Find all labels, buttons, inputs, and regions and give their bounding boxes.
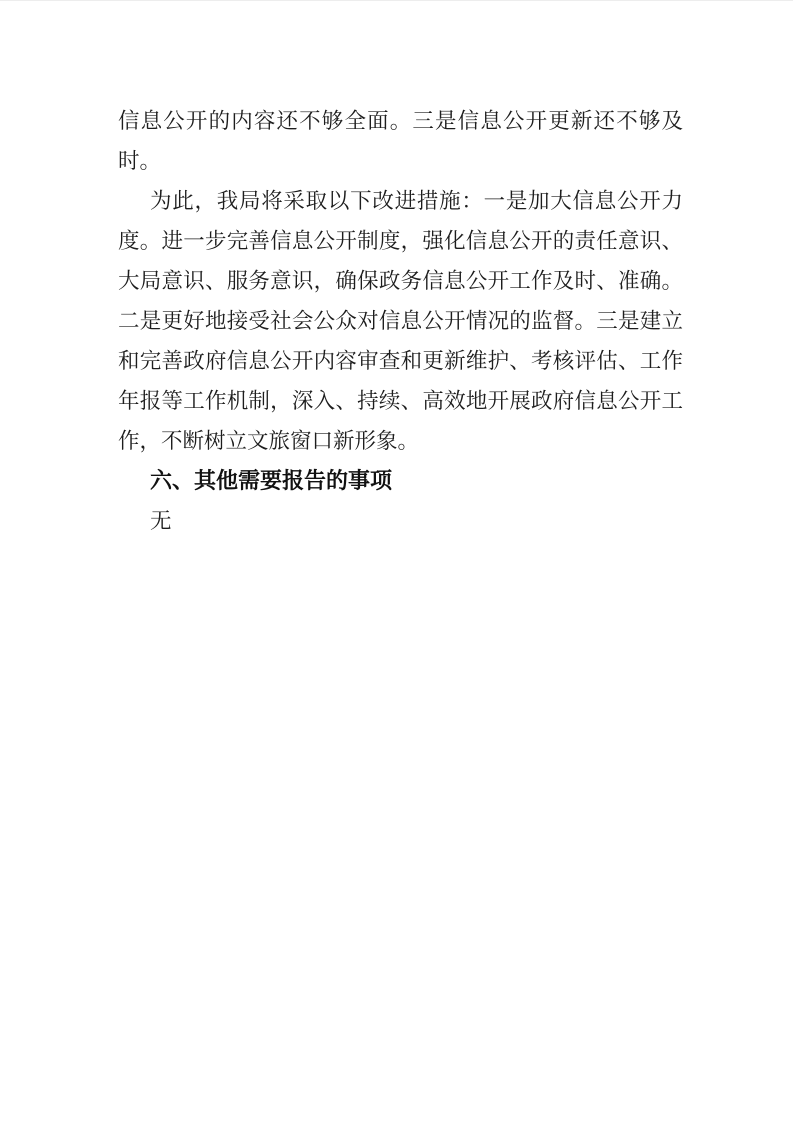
section-heading-other-matters: 六、其他需要报告的事项 — [118, 461, 683, 501]
paragraph-shortcomings-continuation: 信息公开的内容还不够全面。三是信息公开更新还不够及时。 — [118, 101, 683, 181]
document-body: 信息公开的内容还不够全面。三是信息公开更新还不够及时。 为此，我局将采取以下改进… — [118, 101, 683, 541]
paragraph-none: 无 — [118, 501, 683, 541]
document-page: 信息公开的内容还不够全面。三是信息公开更新还不够及时。 为此，我局将采取以下改进… — [0, 0, 793, 1122]
paragraph-improvement-measures: 为此，我局将采取以下改进措施：一是加大信息公开力度。进一步完善信息公开制度，强化… — [118, 181, 683, 461]
